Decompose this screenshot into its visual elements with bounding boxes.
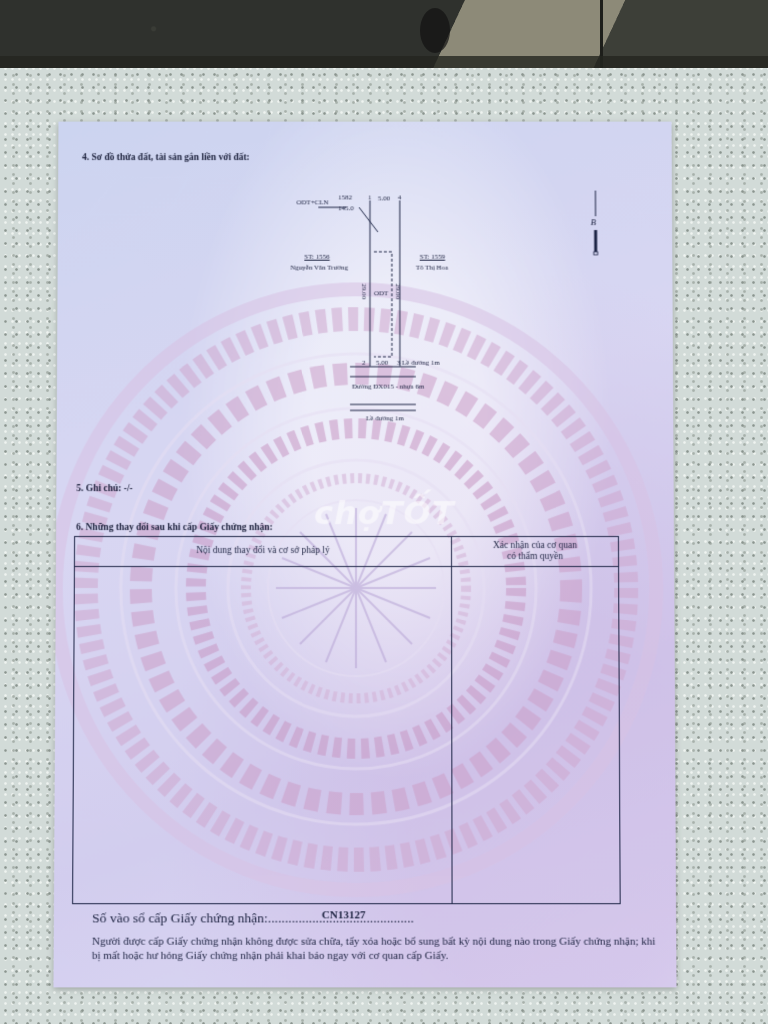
side-length-right: 29.00 xyxy=(394,284,402,300)
corner-point-4: 4 xyxy=(398,194,401,202)
column-header-content: Nội dung thay đổi và cơ sở pháp lý xyxy=(75,537,452,567)
inner-land-use: ODT xyxy=(374,289,388,297)
side-length-left: 29.00 xyxy=(360,284,368,300)
registration-number-line: Số vào sổ cấp Giấy chứng nhận:..........… xyxy=(92,910,414,926)
corner-point-2: 2 xyxy=(362,359,365,367)
left-neighbor-owner: Nguyễn Văn Trường xyxy=(290,264,348,272)
parcel-area: 145.0 xyxy=(338,204,354,212)
column-header-confirmation: Xác nhận của cơ quan có thẩm quyền xyxy=(452,537,618,567)
background-granite xyxy=(0,0,768,72)
section-6-heading: 6. Những thay đổi sau khi cấp Giấy chứng… xyxy=(76,523,273,533)
corner-point-1: 1 xyxy=(368,194,371,202)
table-cell-content xyxy=(73,567,452,903)
right-neighbor-owner: Tô Thị Hoa xyxy=(416,264,448,272)
bottom-width: 5.00 xyxy=(376,359,388,367)
registration-number: CN13127 xyxy=(322,909,366,921)
parcel-number: 1582 xyxy=(338,194,352,202)
land-use-label: ODT+CLN xyxy=(296,198,328,206)
land-certificate-page: chợTỐT 4. Sơ đồ thửa đất, tài sản gắn li… xyxy=(53,122,676,988)
right-neighbor-parcel: ST: 1559 xyxy=(420,253,445,261)
section-5-heading: 5. Ghi chú: -/- xyxy=(76,484,132,494)
north-arrow-label: B xyxy=(591,217,597,227)
road-name: Đường ĐX015 - nhựa 6m xyxy=(352,383,424,391)
corner-point-3: 3 xyxy=(397,359,400,367)
background-shadow xyxy=(420,8,450,53)
table-cell-confirmation xyxy=(452,567,620,903)
left-neighbor-parcel: ST: 1556 xyxy=(304,253,329,261)
top-width: 5.00 xyxy=(378,195,390,203)
road-edge-top: Lề đường 1m xyxy=(402,359,440,367)
changes-table: Nội dung thay đổi và cơ sở pháp lý Xác n… xyxy=(72,536,621,904)
road-edge-bottom: Lề đường 1m xyxy=(366,414,404,422)
certificate-notice: Người được cấp Giấy chứng nhận không đượ… xyxy=(92,935,656,963)
registration-label: Số vào sổ cấp Giấy chứng nhận: xyxy=(92,910,268,925)
